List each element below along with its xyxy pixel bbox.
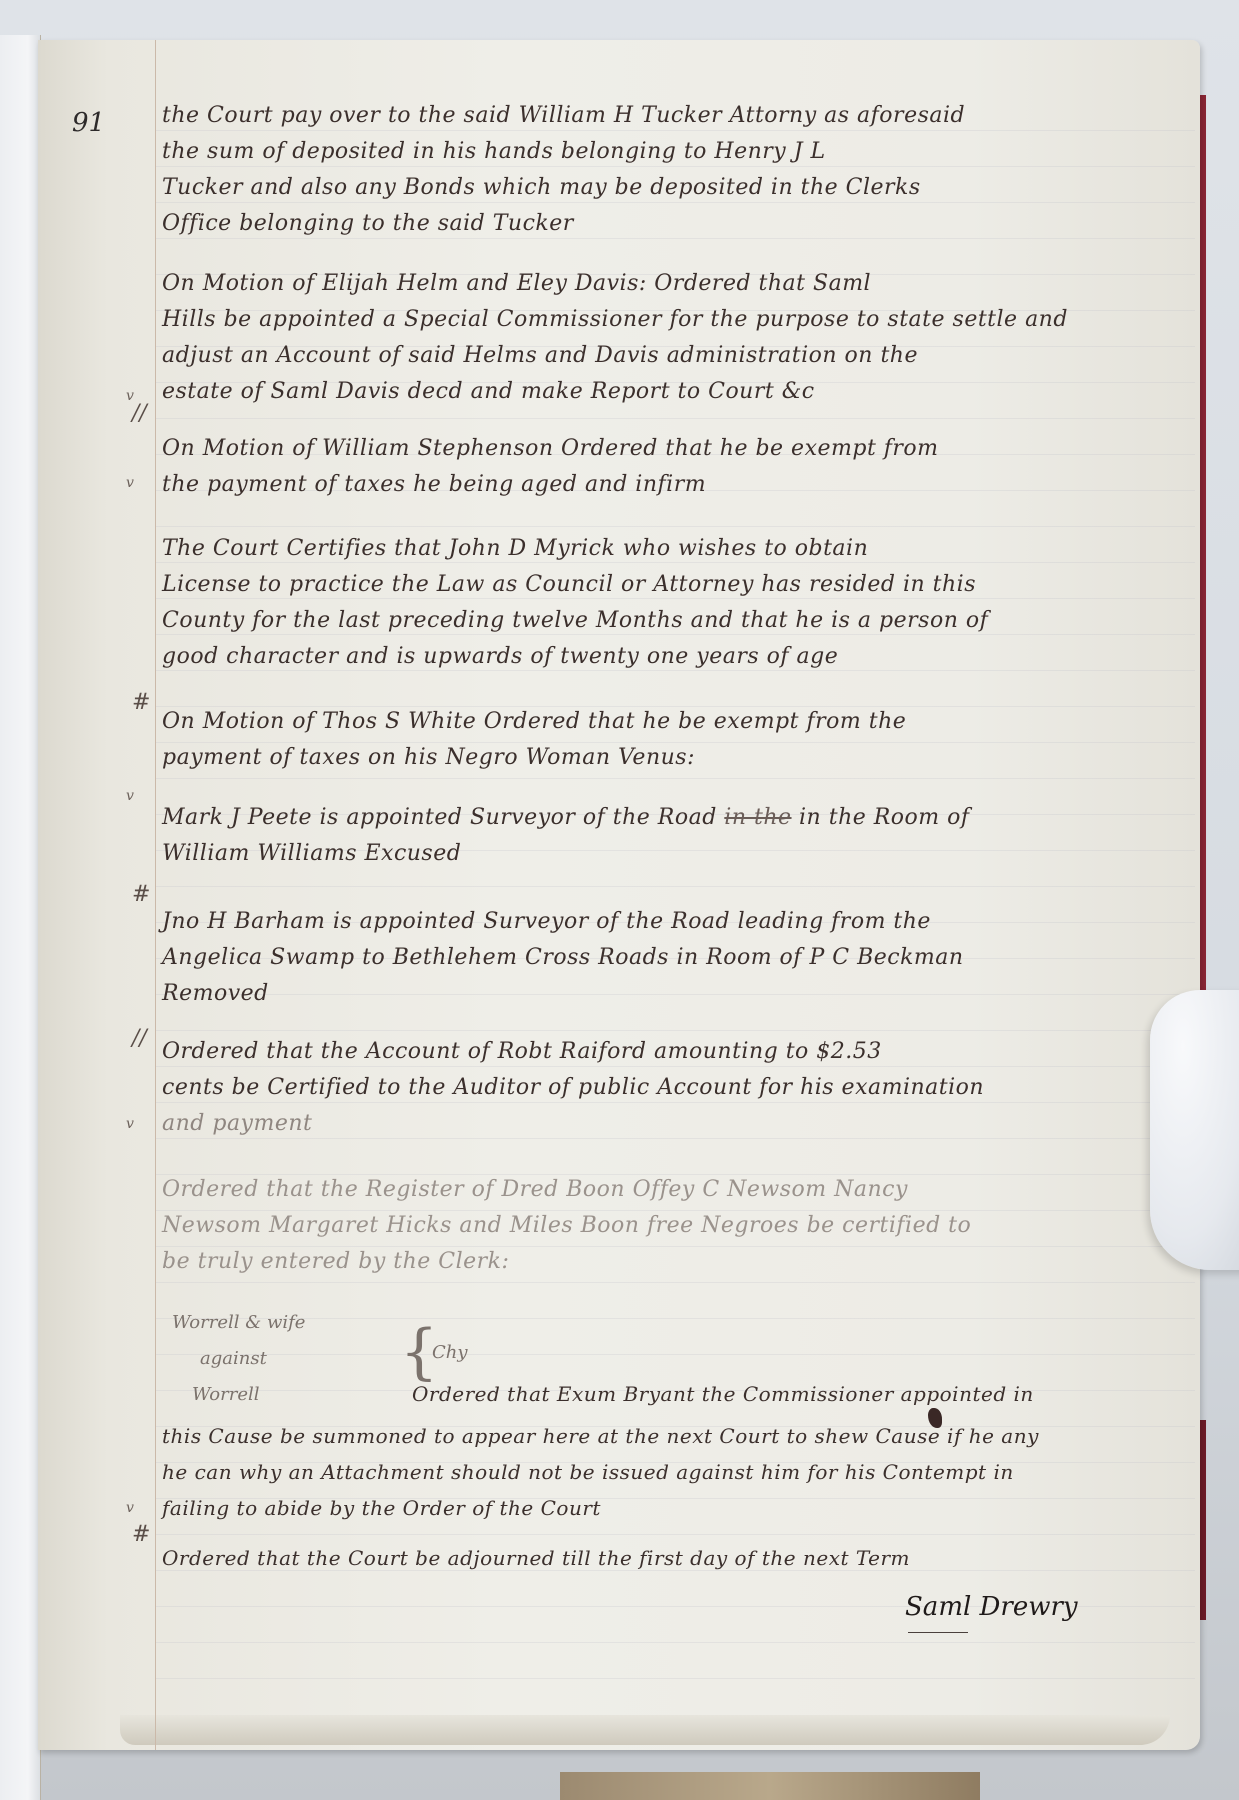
entry-line: On Motion of Elijah Helm and Eley Davis:… <box>162 266 1192 302</box>
photo-scene: 91 the Court pay over to the said Willia… <box>0 0 1239 1800</box>
entry-line: Ordered that the Court be adjourned till… <box>162 1540 1192 1576</box>
entry-line: payment of taxes on his Negro Woman Venu… <box>162 740 1192 776</box>
entry-line: failing to abide by the Order of the Cou… <box>162 1490 1192 1526</box>
case-versus: against <box>200 1348 267 1369</box>
struck-text: in the <box>724 805 791 830</box>
entry-line: The Court Certifies that John D Myrick w… <box>162 531 1192 567</box>
entry-peete-surveyor: Mark J Peete is appointed Surveyor of th… <box>162 800 1192 872</box>
margin-mark: # <box>132 882 150 907</box>
entry-line: adjust an Account of said Helms and Davi… <box>162 338 1192 374</box>
entry-line: William Williams Excused <box>162 836 1192 872</box>
case-defendant: Worrell <box>192 1384 260 1405</box>
entry-line: the sum of deposited in his hands belong… <box>162 134 1192 170</box>
entry-line: License to practice the Law as Council o… <box>162 567 1192 603</box>
margin-mark: # <box>132 690 150 715</box>
margin-mark: // <box>132 401 147 426</box>
margin-tick-mark: v <box>126 1116 134 1132</box>
entry-line: Mark J Peete is appointed Surveyor of th… <box>162 800 1192 836</box>
entry-line: be truly entered by the Clerk: <box>162 1244 1192 1280</box>
entry-line: Ordered that Exum Bryant the Commissione… <box>412 1376 1034 1412</box>
minute-entries: the Court pay over to the said William H… <box>162 98 1192 1580</box>
entry-myrick-certification: The Court Certifies that John D Myrick w… <box>162 531 1192 676</box>
margin-tick-mark: v <box>126 1500 134 1516</box>
entry-line: County for the last preceding twelve Mon… <box>162 603 1192 639</box>
entry-tucker-payment: the Court pay over to the said William H… <box>162 98 1192 238</box>
clerk-signature: Saml Drewry <box>905 1592 1078 1622</box>
margin-rule <box>155 40 156 1750</box>
entry-line: he can why an Attachment should not be i… <box>162 1454 1192 1490</box>
entry-line: cents be Certified to the Auditor of pub… <box>162 1070 1192 1106</box>
entry-line: On Motion of William Stephenson Ordered … <box>162 431 1192 467</box>
entry-line: Ordered that the Register of Dred Boon O… <box>162 1172 1192 1208</box>
entry-line: good character and is upwards of twenty … <box>162 639 1192 675</box>
entry-white-motion: # On Motion of Thos S White Ordered that… <box>162 704 1192 776</box>
entry-adjournment: Ordered that the Court be adjourned till… <box>162 1540 1192 1580</box>
entry-line: On Motion of Thos S White Ordered that h… <box>162 704 1192 740</box>
case-plaintiff: Worrell & wife <box>172 1312 305 1333</box>
facing-page-edge <box>0 35 41 1800</box>
entry-line: Hills be appointed a Special Commissione… <box>162 302 1192 338</box>
entry-line: Tucker and also any Bonds which may be d… <box>162 170 1192 206</box>
entry-line: and payment <box>162 1106 1192 1142</box>
page-bottom-curl <box>120 1715 1170 1745</box>
entry-line: this Cause be summoned to appear here at… <box>162 1418 1192 1454</box>
entry-line: the Court pay over to the said William H… <box>162 98 1192 134</box>
entry-worrell-case: Worrell & wife against Worrell { Chy Ord… <box>162 1308 1192 1526</box>
entry-barham-surveyor: # Jno H Barham is appointed Surveyor of … <box>162 904 1192 1012</box>
margin-tick-mark: v <box>126 475 134 491</box>
case-caption: Worrell & wife against Worrell { Chy Ord… <box>162 1308 1192 1418</box>
case-court-label: Chy <box>432 1342 468 1363</box>
entry-stephenson-motion: // On Motion of William Stephenson Order… <box>162 431 1192 503</box>
entry-helm-davis-motion: On Motion of Elijah Helm and Eley Davis:… <box>162 266 1192 411</box>
entry-line: estate of Saml Davis decd and make Repor… <box>162 374 1192 410</box>
entry-line: the payment of taxes he being aged and i… <box>162 467 1192 503</box>
entry-line: Angelica Swamp to Bethlehem Cross Roads … <box>162 940 1192 976</box>
signature-underline <box>908 1632 968 1633</box>
margin-mark: # <box>132 1522 150 1547</box>
entry-line: Office belonging to the said Tucker <box>162 206 1192 242</box>
entry-line: Newsom Margaret Hicks and Miles Boon fre… <box>162 1208 1192 1244</box>
binding-strip <box>560 1772 980 1800</box>
entry-line: Removed <box>162 976 1192 1012</box>
margin-tick-mark: v <box>126 788 134 804</box>
entry-raiford-account: // Ordered that the Account of Robt Raif… <box>162 1034 1192 1142</box>
entry-line: Ordered that the Account of Robt Raiford… <box>162 1034 1192 1070</box>
entry-register-certification: Ordered that the Register of Dred Boon O… <box>162 1172 1192 1280</box>
gloved-finger <box>1150 990 1239 1270</box>
entry-line: Jno H Barham is appointed Surveyor of th… <box>162 904 1192 940</box>
book-cover-edge <box>1199 95 1206 1095</box>
margin-mark: // <box>132 1026 147 1051</box>
page-number: 91 <box>72 108 105 138</box>
